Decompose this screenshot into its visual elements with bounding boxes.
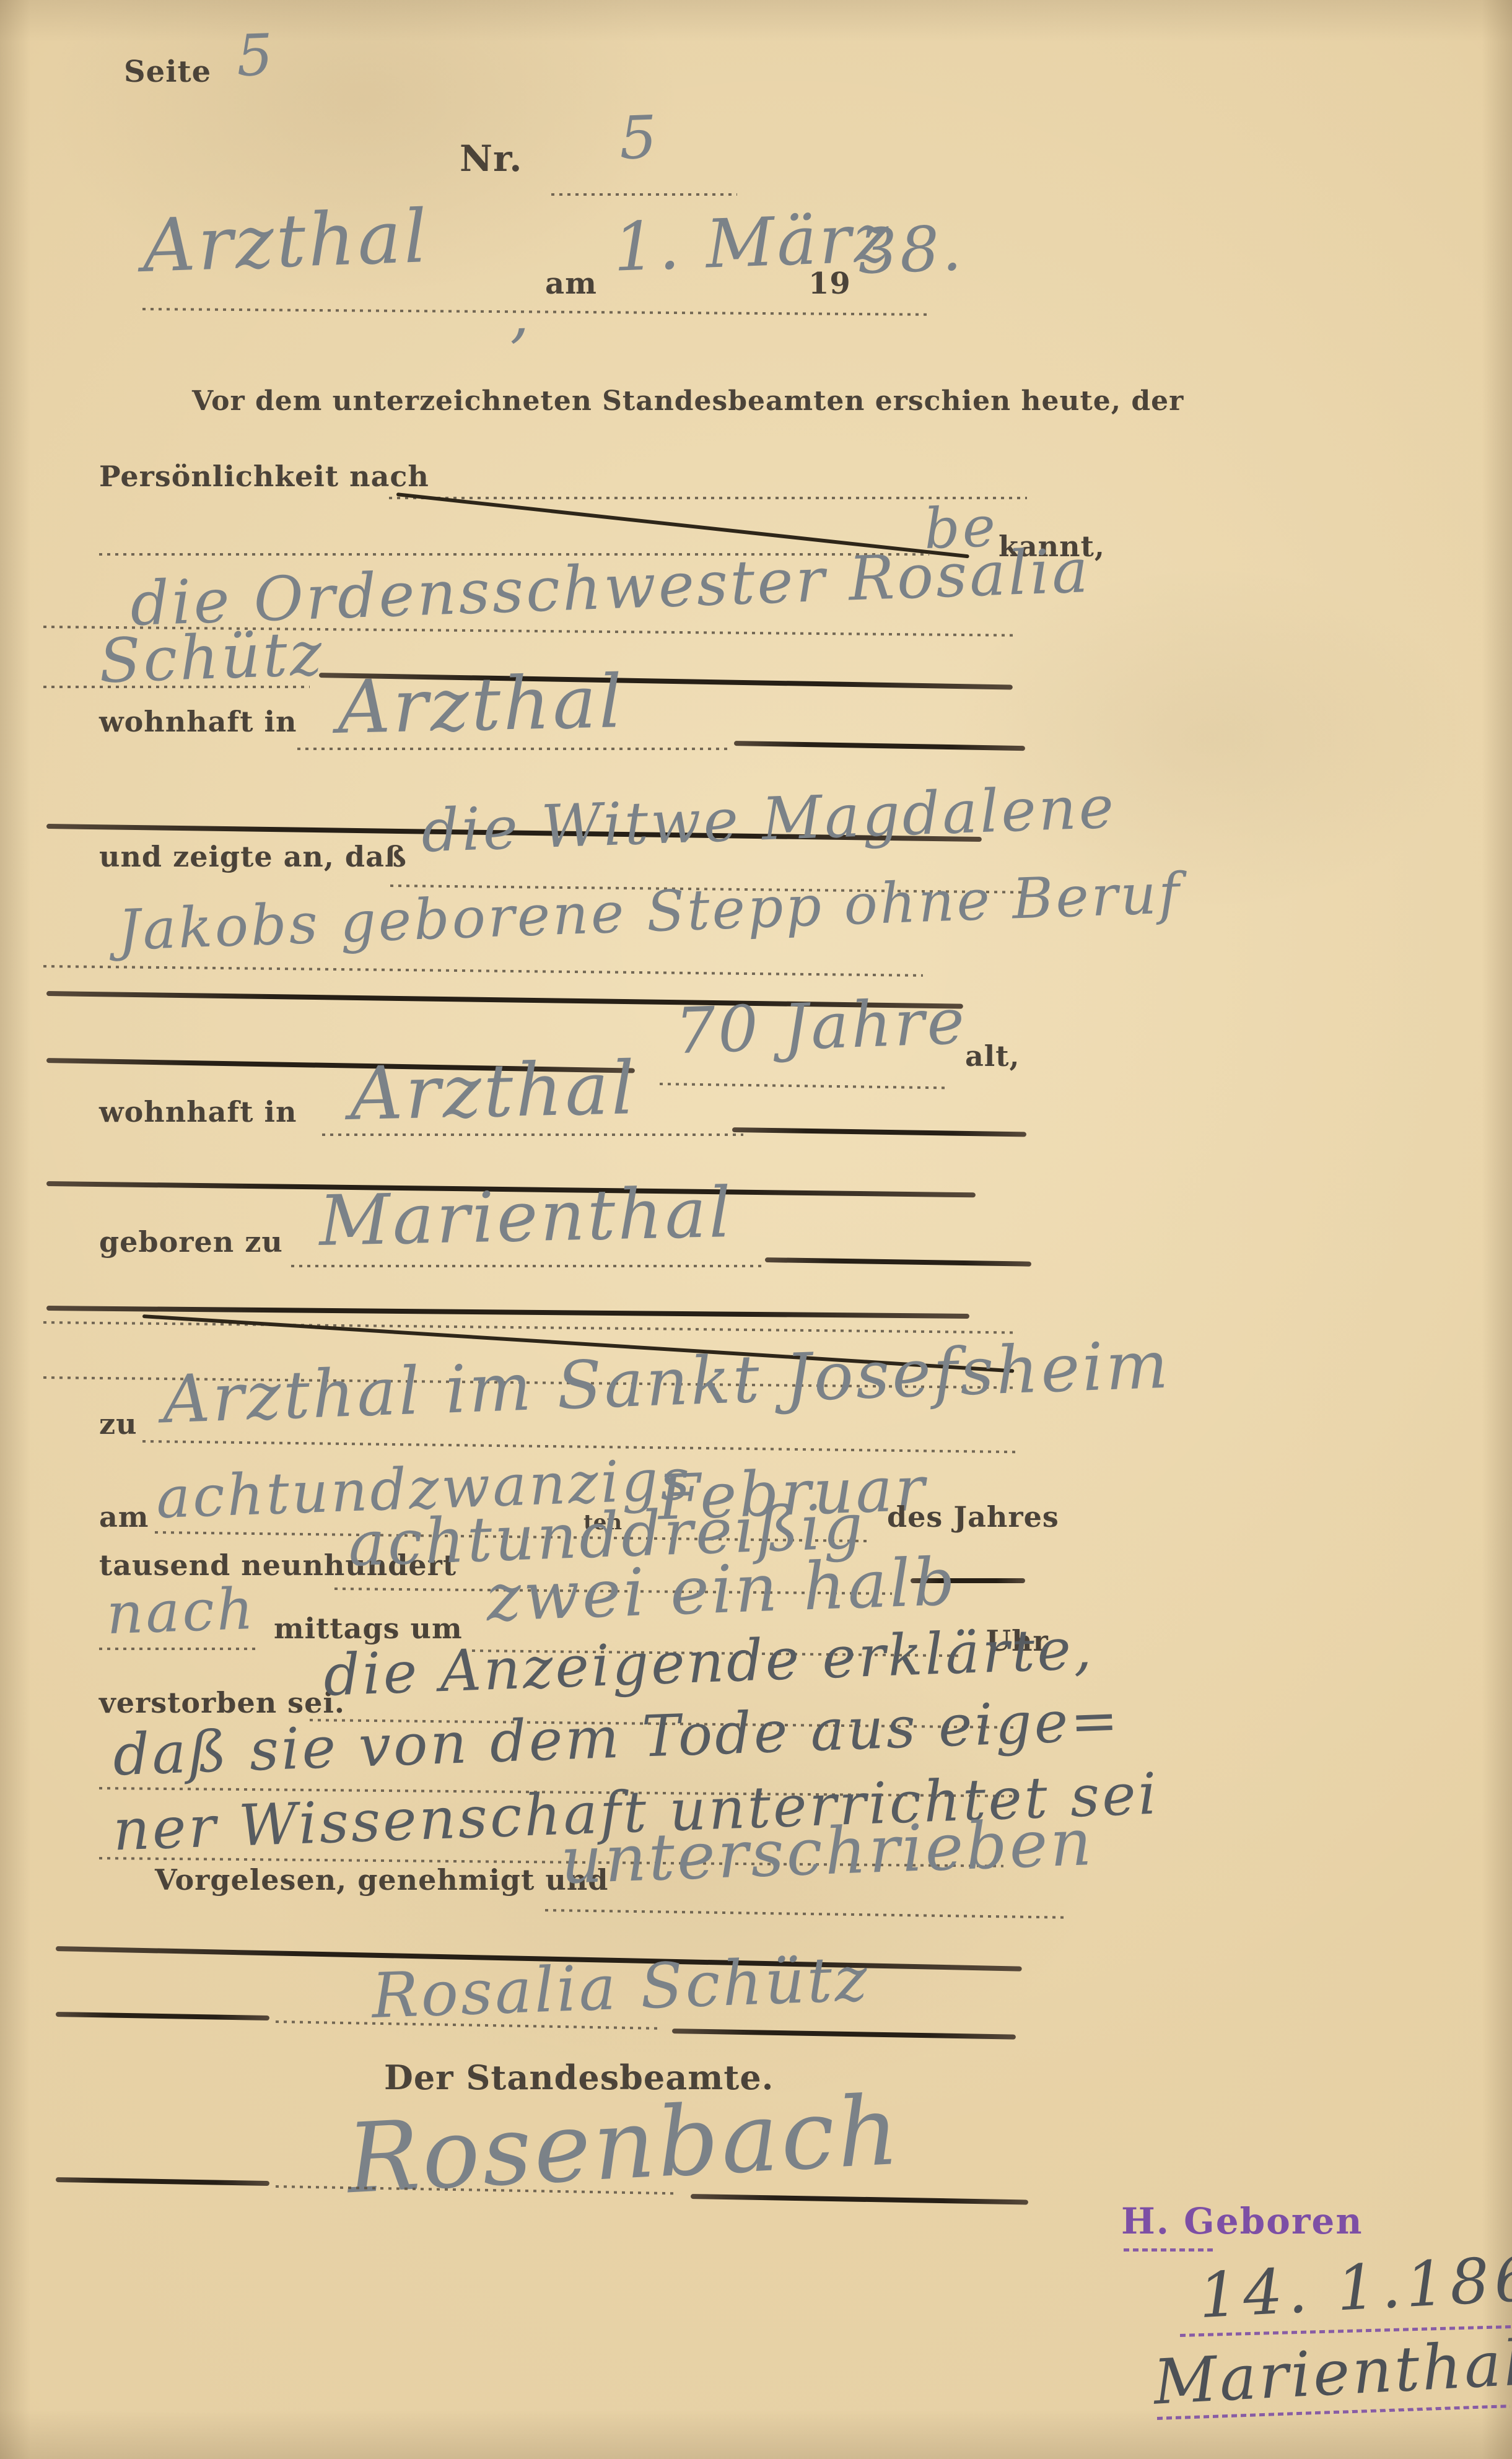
rule-dotted xyxy=(551,193,737,196)
birthplace-handwritten: Marienthal xyxy=(318,1173,735,1262)
vorgelesen-label: Vorgelesen, genehmigt und xyxy=(155,1863,608,1897)
rule-dotted xyxy=(142,308,929,316)
deceased-line2-handwritten: Jakobs geborene Stepp ohne Beruf xyxy=(117,861,1183,963)
rule-dotted xyxy=(43,1321,1016,1334)
verstorben-label: verstorben sei. xyxy=(99,1686,345,1719)
rule-dotted xyxy=(43,686,310,688)
rule-dotted xyxy=(291,1265,762,1267)
page-number-label: Seite xyxy=(124,55,211,89)
alt-label: alt, xyxy=(965,1039,1020,1073)
rule-dotted xyxy=(297,748,731,750)
rule-dotted xyxy=(43,965,923,977)
rule-solid xyxy=(732,1127,1026,1137)
death-time-handwritten: zwei ein halb xyxy=(485,1544,959,1636)
dateline-place-handwritten: Arzthal xyxy=(141,193,431,289)
page-number-handwritten: 5 xyxy=(235,22,276,89)
report-zeigte-label: und zeigte an, daß xyxy=(99,840,407,873)
rule-dotted xyxy=(322,1133,743,1136)
dateline-century-label: 19 xyxy=(808,266,851,301)
rule-solid xyxy=(56,2012,269,2020)
deceased-residence-handwritten: Arzthal xyxy=(349,1045,638,1137)
birth-date-handwritten: 14. 1.1868 xyxy=(1197,2240,1512,2332)
dateline-year-handwritten: 38. xyxy=(857,212,965,288)
age-handwritten: 70 Jahre xyxy=(674,985,968,1068)
stamp-underline xyxy=(1124,2248,1217,2252)
geboren-stamp: H. Geboren xyxy=(1121,2200,1363,2242)
nach-handwritten: nach xyxy=(105,1576,256,1647)
deceased-residence-label: wohnhaft in xyxy=(99,1095,297,1129)
rule-solid xyxy=(765,1257,1031,1267)
birthplace-label: geboren zu xyxy=(99,1225,283,1259)
record-number-label: Nr. xyxy=(460,138,522,180)
dateline-am-label: am xyxy=(545,266,597,301)
intro-line2: Persönlichkeit nach xyxy=(99,460,429,493)
death-day-label: am xyxy=(99,1500,149,1534)
deceased-line1-handwritten: die Witwe Magdalene xyxy=(420,773,1117,865)
rule-solid xyxy=(734,741,1025,751)
record-number-value: 5 xyxy=(618,103,660,173)
death-place-handwritten: Arzthal im Sankt Josefsheim xyxy=(161,1327,1171,1438)
rule-solid xyxy=(672,2029,1016,2040)
rule-dotted xyxy=(99,1648,257,1650)
rule-solid xyxy=(56,2177,269,2186)
death-place-label: zu xyxy=(99,1407,138,1441)
des-jahres-label: des Jahres xyxy=(887,1500,1059,1534)
rule-dotted xyxy=(660,1083,948,1089)
rule-dotted xyxy=(545,1909,1065,1919)
dateline-comma-handwritten: , xyxy=(508,277,533,350)
rule-solid xyxy=(691,2194,1028,2205)
document-page: Seite 5 Nr. 5 Arzthal , am 1. März 19 38… xyxy=(0,0,1512,2459)
intro-line1: Vor dem unterzeichneten Standesbeamten e… xyxy=(192,385,1184,417)
birth-place-handwritten: Marienthal xyxy=(1151,2326,1512,2418)
declarant-residence-handwritten: Arzthal xyxy=(337,658,626,750)
declarant-residence-label: wohnhaft in xyxy=(99,705,297,738)
